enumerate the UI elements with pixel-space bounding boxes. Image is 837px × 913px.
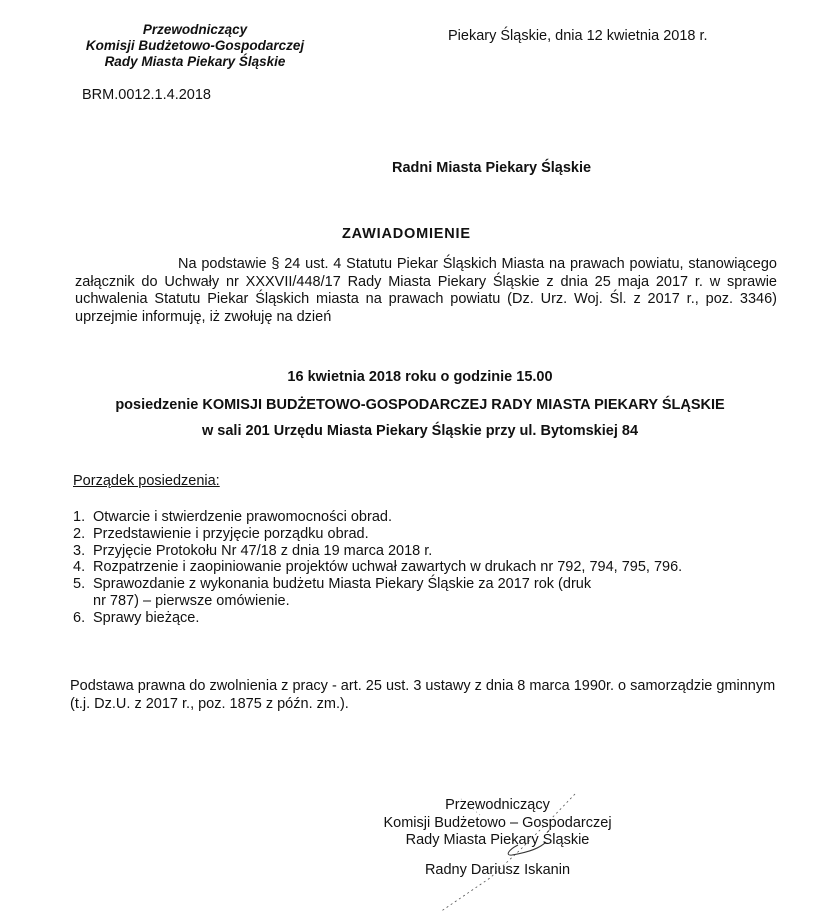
meeting-location: w sali 201 Urzędu Miasta Piekary Śląskie… [70,423,770,439]
agenda-item-text: Sprawy bieżące. [93,610,773,627]
legal-basis: Podstawa prawna do zwolnienia z pracy - … [70,678,780,713]
agenda-item-text: Sprawozdanie z wykonania budżetu Miasta … [93,576,593,610]
document-title: ZAWIADOMIENIE [342,226,471,242]
agenda-list: 1.Otwarcie i stwierdzenie prawomocności … [73,509,773,627]
sender-line: Komisji Budżetowo-Gospodarczej [70,38,320,54]
agenda-title: Porządek posiedzenia: [73,473,220,489]
legal-basis-text: Podstawa prawna do zwolnienia z pracy - … [70,678,780,713]
agenda-item-number: 1. [73,509,93,526]
place-date: Piekary Śląskie, dnia 12 kwietnia 2018 r… [448,28,708,44]
reference-number: BRM.0012.1.4.2018 [82,87,211,103]
agenda-item-number: 3. [73,543,93,560]
agenda-item: 2.Przedstawienie i przyjęcie porządku ob… [73,526,773,543]
closing-line: Rady Miasta Piekary Śląskie [370,832,625,850]
agenda-item-text: Przedstawienie i przyjęcie porządku obra… [93,526,773,543]
agenda-item-number: 6. [73,610,93,627]
sender-line: Rady Miasta Piekary Śląskie [70,54,320,70]
agenda-item-number: 2. [73,526,93,543]
agenda-item-text: Rozpatrzenie i zaopiniowanie projektów u… [93,559,773,576]
meeting-body: posiedzenie KOMISJI BUDŻETOWO-GOSPODARCZ… [70,397,770,413]
signatory-name: Radny Dariusz Iskanin [370,862,625,880]
intro-paragraph: Na podstawie § 24 ust. 4 Statutu Piekar … [75,256,777,326]
sender-line: Przewodniczący [70,22,320,38]
agenda-item: 6.Sprawy bieżące. [73,610,773,627]
agenda-item-number: 5. [73,576,93,610]
agenda-item: 1.Otwarcie i stwierdzenie prawomocności … [73,509,773,526]
meeting-datetime: 16 kwietnia 2018 roku o godzinie 15.00 [70,369,770,385]
agenda-item-number: 4. [73,559,93,576]
agenda-item: 4.Rozpatrzenie i zaopiniowanie projektów… [73,559,773,576]
closing-line: Komisji Budżetowo – Gospodarczej [370,815,625,833]
closing-block: Przewodniczący Komisji Budżetowo – Gospo… [370,797,625,879]
intro-text: Na podstawie § 24 ust. 4 Statutu Piekar … [75,256,777,326]
sender-block: Przewodniczący Komisji Budżetowo-Gospoda… [70,22,320,70]
agenda-item: 5.Sprawozdanie z wykonania budżetu Miast… [73,576,773,610]
agenda-item: 3.Przyjęcie Protokołu Nr 47/18 z dnia 19… [73,543,773,560]
addressee: Radni Miasta Piekary Śląskie [392,160,591,176]
agenda-item-text: Przyjęcie Protokołu Nr 47/18 z dnia 19 m… [93,543,773,560]
closing-line: Przewodniczący [370,797,625,815]
agenda-item-text: Otwarcie i stwierdzenie prawomocności ob… [93,509,773,526]
